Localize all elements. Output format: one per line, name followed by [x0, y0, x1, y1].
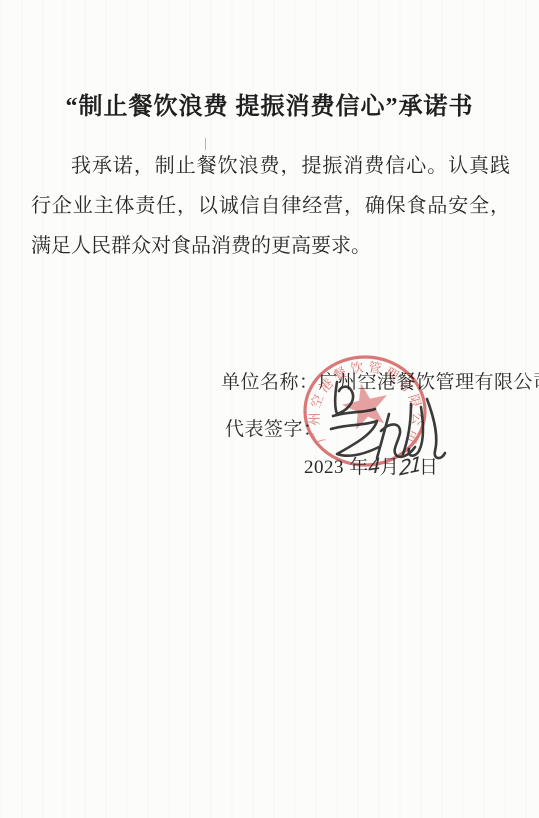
date-month-handwritten: 4 — [367, 453, 381, 479]
date-line: 2023 年4月21日 — [304, 452, 438, 479]
date-day-unit: 日 — [419, 457, 439, 478]
date-month-unit: 月 — [380, 457, 400, 478]
scanned-document-page: “制止餐饮浪费 提振消费信心”承诺书 我承诺，制止餐饮浪费，提振消费信心。认真践… — [0, 0, 539, 818]
signature-label: 代表签字： — [225, 419, 323, 440]
commitment-paragraph: 我承诺，制止餐饮浪费，提振消费信心。认真践行企业主体责任，以诚信自律经营，确保食… — [31, 146, 510, 266]
date-year: 2023 年 — [304, 457, 369, 478]
document-title: “制止餐饮浪费 提振消费信心”承诺书 — [0, 86, 539, 121]
representative-signature-line: 代表签字： — [225, 414, 323, 441]
date-day-handwritten: 21 — [398, 451, 420, 480]
